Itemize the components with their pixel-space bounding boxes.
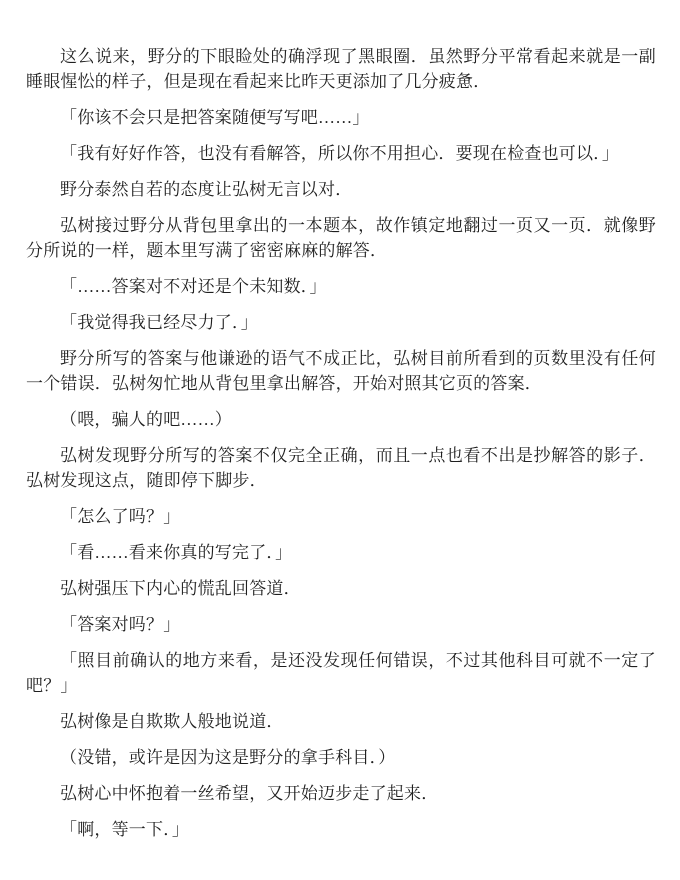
- paragraph-narration-7: 弘树像是自欺欺人般地说道．: [26, 709, 656, 734]
- paragraph-narration-5: 弘树发现野分所写的答案不仅完全正确，而且一点也看不出是抄解答的影子．弘树发现这点…: [26, 443, 656, 493]
- paragraph-dialogue-5: 「怎么了吗？」: [26, 504, 656, 529]
- paragraph-dialogue-4: 「我觉得我已经尽力了．」: [26, 310, 656, 335]
- paragraph-dialogue-8: 「照目前确认的地方来看，是还没发现任何错误，不过其他科目可就不一定了吧？」: [26, 648, 656, 698]
- paragraph-narration-6: 弘树强压下内心的慌乱回答道．: [26, 576, 656, 601]
- paragraph-dialogue-1: 「你该不会只是把答案随便写写吧……」: [26, 105, 656, 130]
- paragraph-dialogue-6: 「看……看来你真的写完了．」: [26, 540, 656, 565]
- paragraph-dialogue-3: 「……答案对不对还是个未知数．」: [26, 274, 656, 299]
- paragraph-narration-3: 弘树接过野分从背包里拿出的一本题本，故作镇定地翻过一页又一页．就像野分所说的一样…: [26, 213, 656, 263]
- paragraph-narration-8: 弘树心中怀抱着一丝希望，又开始迈步走了起来．: [26, 781, 656, 806]
- paragraph-dialogue-7: 「答案对吗？」: [26, 612, 656, 637]
- paragraph-narration-4: 野分所写的答案与他谦逊的语气不成正比，弘树目前所看到的页数里没有任何一个错误．弘…: [26, 346, 656, 396]
- paragraph-narration-1: 这么说来，野分的下眼睑处的确浮现了黑眼圈．虽然野分平常看起来就是一副睡眼惺忪的样…: [26, 44, 656, 94]
- paragraph-thought-1: （喂，骗人的吧……）: [26, 407, 656, 432]
- paragraph-narration-2: 野分泰然自若的态度让弘树无言以对．: [26, 177, 656, 202]
- document-page: 这么说来，野分的下眼睑处的确浮现了黑眼圈．虽然野分平常看起来就是一副睡眼惺忪的样…: [0, 0, 680, 880]
- paragraph-dialogue-9: 「啊，等一下．」: [26, 817, 656, 842]
- paragraph-dialogue-2: 「我有好好作答，也没有看解答，所以你不用担心．要现在检查也可以．」: [26, 141, 656, 166]
- paragraph-thought-2: （没错，或许是因为这是野分的拿手科目．）: [26, 745, 656, 770]
